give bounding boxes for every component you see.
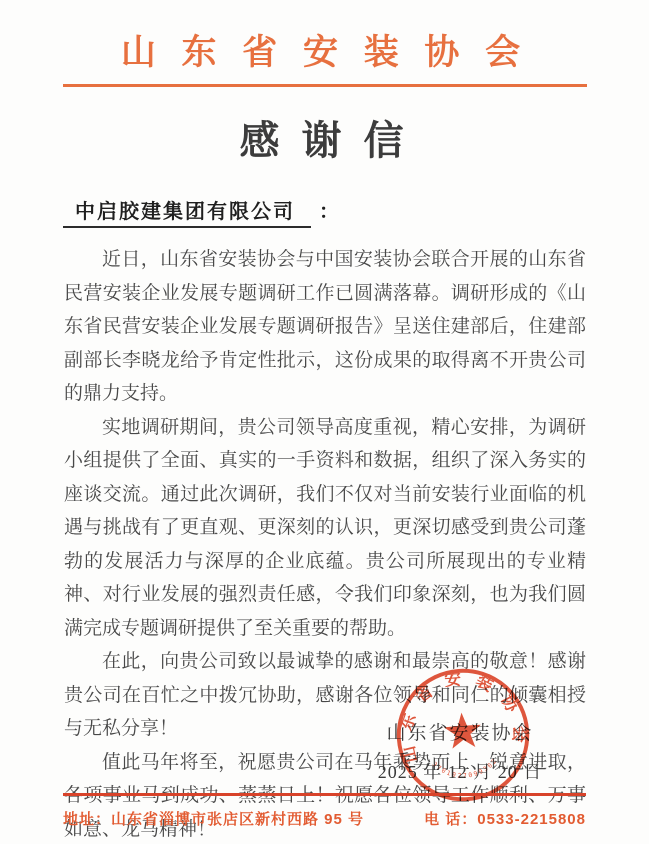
footer-divider	[63, 793, 586, 796]
signature-org: 山东省安装协会	[320, 718, 600, 745]
footer-phone: 电 话：0533-2215808	[424, 808, 586, 829]
footer-address: 地址：山东省淄博市张店区新村西路 95 号	[63, 808, 364, 829]
phone-label: 电 话：	[424, 811, 477, 828]
phone-value: 0533-2215808	[477, 811, 586, 828]
letterhead-org-name: 山 东 省 安 装 协 会	[0, 25, 649, 75]
letter-title: 感 谢 信	[0, 109, 649, 166]
recipient-line: 中启胶建集团有限公司：	[63, 195, 649, 228]
recipient-colon: ：	[319, 201, 339, 223]
paragraph-2: 实地调研期间，贵公司领导高度重视，精心安排，为调研小组提供了全面、真实的一手资料…	[64, 411, 586, 646]
letterhead-divider	[63, 84, 587, 87]
footer: 地址：山东省淄博市张店区新村西路 95 号 电 话：0533-2215808	[63, 793, 586, 829]
address-label: 地址：	[63, 811, 111, 828]
recipient-name: 中启胶建集团有限公司	[63, 195, 311, 228]
letter-page: 山 东 省 安 装 协 会 感 谢 信 中启胶建集团有限公司： 近日，山东省安装…	[0, 0, 649, 844]
signature-block: 山东省安装协会 2025 年 12 月 20 日	[320, 718, 600, 784]
paragraph-1: 近日，山东省安装协会与中国安装协会联合开展的山东省民营安装企业发展专题调研工作已…	[64, 243, 586, 411]
address-value: 山东省淄博市张店区新村西路 95 号	[111, 811, 364, 828]
signature-date: 2025 年 12 月 20 日	[320, 758, 600, 784]
